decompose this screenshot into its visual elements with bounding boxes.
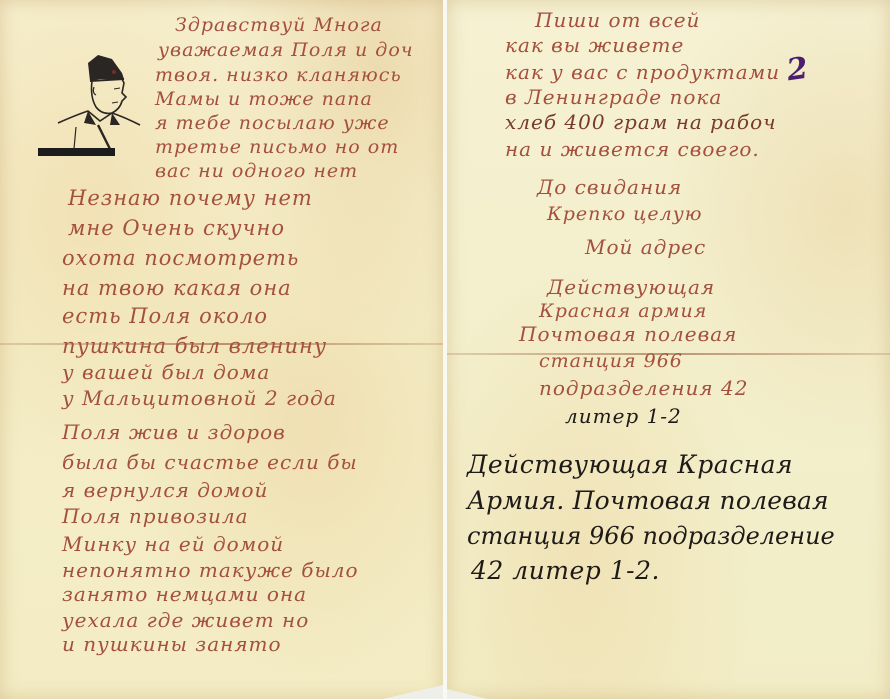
letter-line: есть Поля около — [62, 304, 268, 330]
transcription-line: 42 литер 1-2. — [471, 556, 660, 585]
letter-line: непонятно такуже было — [62, 558, 359, 584]
letter-line: у вашей был дома — [62, 360, 270, 386]
letter-line: вас ни одного нет — [155, 160, 358, 186]
letter-line: уехала где живет но — [62, 608, 309, 634]
transcription-line: Действующая Красная — [467, 450, 793, 479]
letter-line: третье письмо но от — [155, 136, 399, 162]
letter-line: Поля жив и здоров — [62, 420, 286, 446]
letter-line: я вернулся домой — [62, 478, 268, 504]
correction-mark: 2 — [785, 51, 812, 89]
letter-line: была бы счастье если бы — [62, 450, 358, 476]
letter-line: мне Очень скучно — [68, 216, 285, 242]
letter-line: Красная армия — [539, 300, 707, 322]
torn-corner — [383, 685, 443, 699]
letter-line: Поля привозила — [62, 504, 249, 530]
letter-line: Мамы и тоже папа — [155, 88, 373, 114]
letter-line: и пушкины занято — [62, 632, 282, 658]
letter-line: Действующая — [547, 275, 715, 299]
letter-line: подразделения 42 — [539, 376, 748, 400]
letter-line: у Мальцитовной 2 года — [62, 386, 337, 412]
letter-line: в Ленинграде пока — [505, 85, 722, 109]
letter-page-left: Здравствуй Многа уважаемая Поля и доч тв… — [0, 0, 443, 699]
letter-line: твоя. низко кланяюсь — [155, 64, 402, 90]
letter-line: Пиши от всей — [535, 8, 700, 32]
letter-line: занято немцами она — [62, 582, 307, 608]
paper-fold-line — [447, 353, 890, 355]
letter-line: Почтовая полевая — [519, 322, 737, 346]
letter-line: я тебе посылаю уже — [155, 112, 390, 138]
torn-corner — [447, 689, 487, 699]
soldier-portrait-icon — [40, 45, 150, 155]
letter-line: на и живется своего. — [505, 137, 760, 161]
paper-fold-line — [0, 343, 443, 345]
transcription-line: станция 966 подразделение — [467, 522, 835, 550]
letter-line: Здравствуй Многа — [175, 14, 383, 40]
letter-page-right: Пиши от всей как вы живете как у вас с п… — [447, 0, 890, 699]
letter-line: охота посмотреть — [62, 246, 299, 272]
letter-line: Минку на ей домой — [62, 532, 284, 558]
letter-line: пушкина был вленину — [62, 334, 327, 360]
letter-line: Крепко целую — [547, 203, 703, 225]
letter-line: литер 1-2 — [565, 404, 682, 428]
transcription-line: Армия. Почтовая полевая — [467, 486, 829, 515]
emblem-underline-bar — [38, 148, 115, 156]
letter-line: как вы живете — [505, 33, 684, 57]
letter-line: Незнаю почему нет — [68, 186, 313, 212]
letter-line: Мой адрес — [585, 235, 706, 259]
letter-line: хлеб 400 грам на рабоч — [505, 110, 777, 134]
letter-line: До свидания — [537, 175, 682, 199]
letter-line: уважаемая Поля и доч — [158, 39, 414, 65]
letter-line: на твою какая она — [62, 276, 292, 302]
letter-line: как у вас с продуктами — [505, 60, 780, 84]
